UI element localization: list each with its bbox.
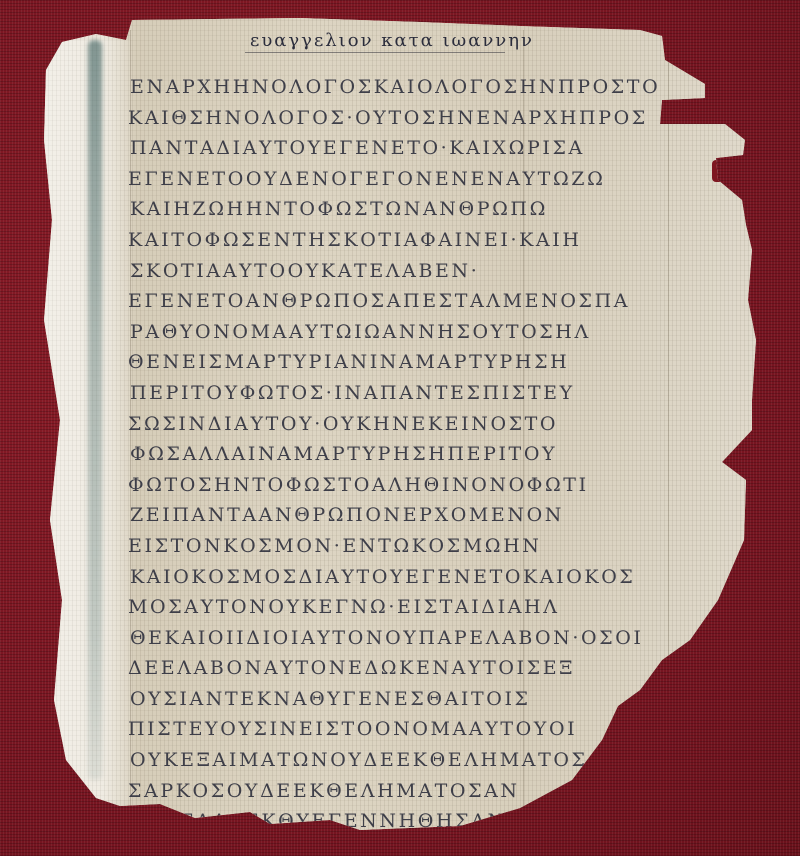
- text-line: ΚΑΙΘΣΗΝΟΛΟΓΟΣ·ΟΥΤΟΣΗΝΕΝΑΡΧΗΠΡΟΣ: [128, 103, 728, 134]
- text-line: ΚΑΙΤΟΦΩΣΕΝΤΗΣΚΟΤΙΑΦΑΙΝΕΙ·ΚΑΙΗ: [128, 225, 728, 256]
- water-stain: [88, 40, 102, 780]
- text-line: ΕΓΕΝΕΤΟΑΝΘΡΩΠΟΣΑΠΕΣΤΑΛΜΕΝΟΣΠΑ: [128, 286, 728, 317]
- text-line: ΣΑΡΚΟΣΟΥΔΕΕΚΘΕΛΗΜΑΤΟΣΑΝ: [128, 776, 728, 807]
- text-line: ΠΕΡΙΤΟΥΦΩΤΟΣ·ΙΝΑΠΑΝΤΕΣΠΙΣΤΕΥ: [130, 378, 730, 409]
- text-line: ΠΙΣΤΕΥΟΥΣΙΝΕΙΣΤΟΟΝΟΜΑΑΥΤΟΥΟΙ: [128, 714, 728, 745]
- text-line: ΘΕΝΕΙΣΜΑΡΤΥΡΙΑΝΙΝΑΜΑΡΤΥΡΗΣΗ: [128, 347, 728, 378]
- text-line: ΖΕΙΠΑΝΤΑΑΝΘΡΩΠΟΝΕΡΧΟΜΕΝΟΝ: [130, 500, 730, 531]
- text-line: ΠΑΝΤΑΔΙΑΥΤΟΥΕΓΕΝΕΤΟ·ΚΑΙΧΩΡΙΣΑ: [130, 133, 730, 164]
- text-line: ΔΡΟΣΑΛΛΕΚΘΥΕΓΕΝΝΗΘΗΣΑΝ·ΚΑΙ: [130, 806, 730, 837]
- text-line: ΦΩΤΟΣΗΝΤΟΦΩΣΤΟΑΛΗΘΙΝΟΝΟΦΩΤΙ: [128, 470, 728, 501]
- text-line: ΕΓΕΝΕΤΟΟΥΔΕΝΟΓΕΓΟΝΕΝΕΝΑΥΤΩΖΩ: [128, 164, 728, 195]
- text-line: ΕΝΑΡΧΗΗΝΟΛΟΓΟΣΚΑΙΟΛΟΓΟΣΗΝΠΡΟΣΤΟ: [130, 72, 730, 103]
- text-line: ΟΥΣΙΑΝΤΕΚΝΑΘΥΓΕΝΕΣΘΑΙΤΟΙΣ: [130, 684, 730, 715]
- manuscript-title: ευαγγελιον κατα ιωαννην: [250, 30, 534, 51]
- papyrus-left-strip: [44, 40, 130, 800]
- papyrus-leaf: ευαγγελιον κατα ιωαννην ΕΝΑΡΧΗΗΝΟΛΟΓΟΣΚΑ…: [0, 0, 800, 856]
- text-line: ΡΑΘΥΟΝΟΜΑΑΥΤΩΙΩΑΝΝΗΣΟΥΤΟΣΗΛ: [130, 317, 730, 348]
- papyrus-hole: [712, 160, 734, 182]
- text-line: ΜΟΣΑΥΤΟΝΟΥΚΕΓΝΩ·ΕΙΣΤΑΙΔΙΑΗΛ: [128, 592, 728, 623]
- text-line: ΘΕΚΑΙΟΙΙΔΙΟΙΑΥΤΟΝΟΥΠΑΡΕΛΑΒΟΝ·ΟΣΟΙ: [130, 623, 730, 654]
- text-line: ΚΑΙΟΚΟΣΜΟΣΔΙΑΥΤΟΥΕΓΕΝΕΤΟΚΑΙΟΚΟΣ: [130, 562, 730, 593]
- text-line: ΣΩΣΙΝΔΙΑΥΤΟΥ·ΟΥΚΗΝΕΚΕΙΝΟΣΤΟ: [128, 409, 728, 440]
- photograph: ευαγγελιον κατα ιωαννην ΕΝΑΡΧΗΗΝΟΛΟΓΟΣΚΑ…: [0, 0, 800, 856]
- title-underline: [245, 52, 505, 53]
- text-line: ΕΙΣΤΟΝΚΟΣΜΟΝ·ΕΝΤΩΚΟΣΜΩΗΝ: [128, 531, 728, 562]
- text-line: ΦΩΣΑΛΛΑΙΝΑΜΑΡΤΥΡΗΣΗΠΕΡΙΤΟΥ: [130, 439, 730, 470]
- text-line: ΚΑΙΗΖΩΗΗΝΤΟΦΩΣΤΩΝΑΝΘΡΩΠΩ: [130, 194, 730, 225]
- text-line: ΔΕΕΛΑΒΟΝΑΥΤΟΝΕΔΩΚΕΝΑΥΤΟΙΣΕΞ: [128, 653, 728, 684]
- text-line: ΟΥΚΕΞΑΙΜΑΤΩΝΟΥΔΕΕΚΘΕΛΗΜΑΤΟΣ: [130, 745, 730, 776]
- manuscript-text: ΕΝΑΡΧΗΗΝΟΛΟΓΟΣΚΑΙΟΛΟΓΟΣΗΝΠΡΟΣΤΟ ΚΑΙΘΣΗΝΟ…: [128, 72, 728, 837]
- text-line: ΣΚΟΤΙΑΑΥΤΟΟΥΚΑΤΕΛΑΒΕΝ·: [130, 256, 730, 287]
